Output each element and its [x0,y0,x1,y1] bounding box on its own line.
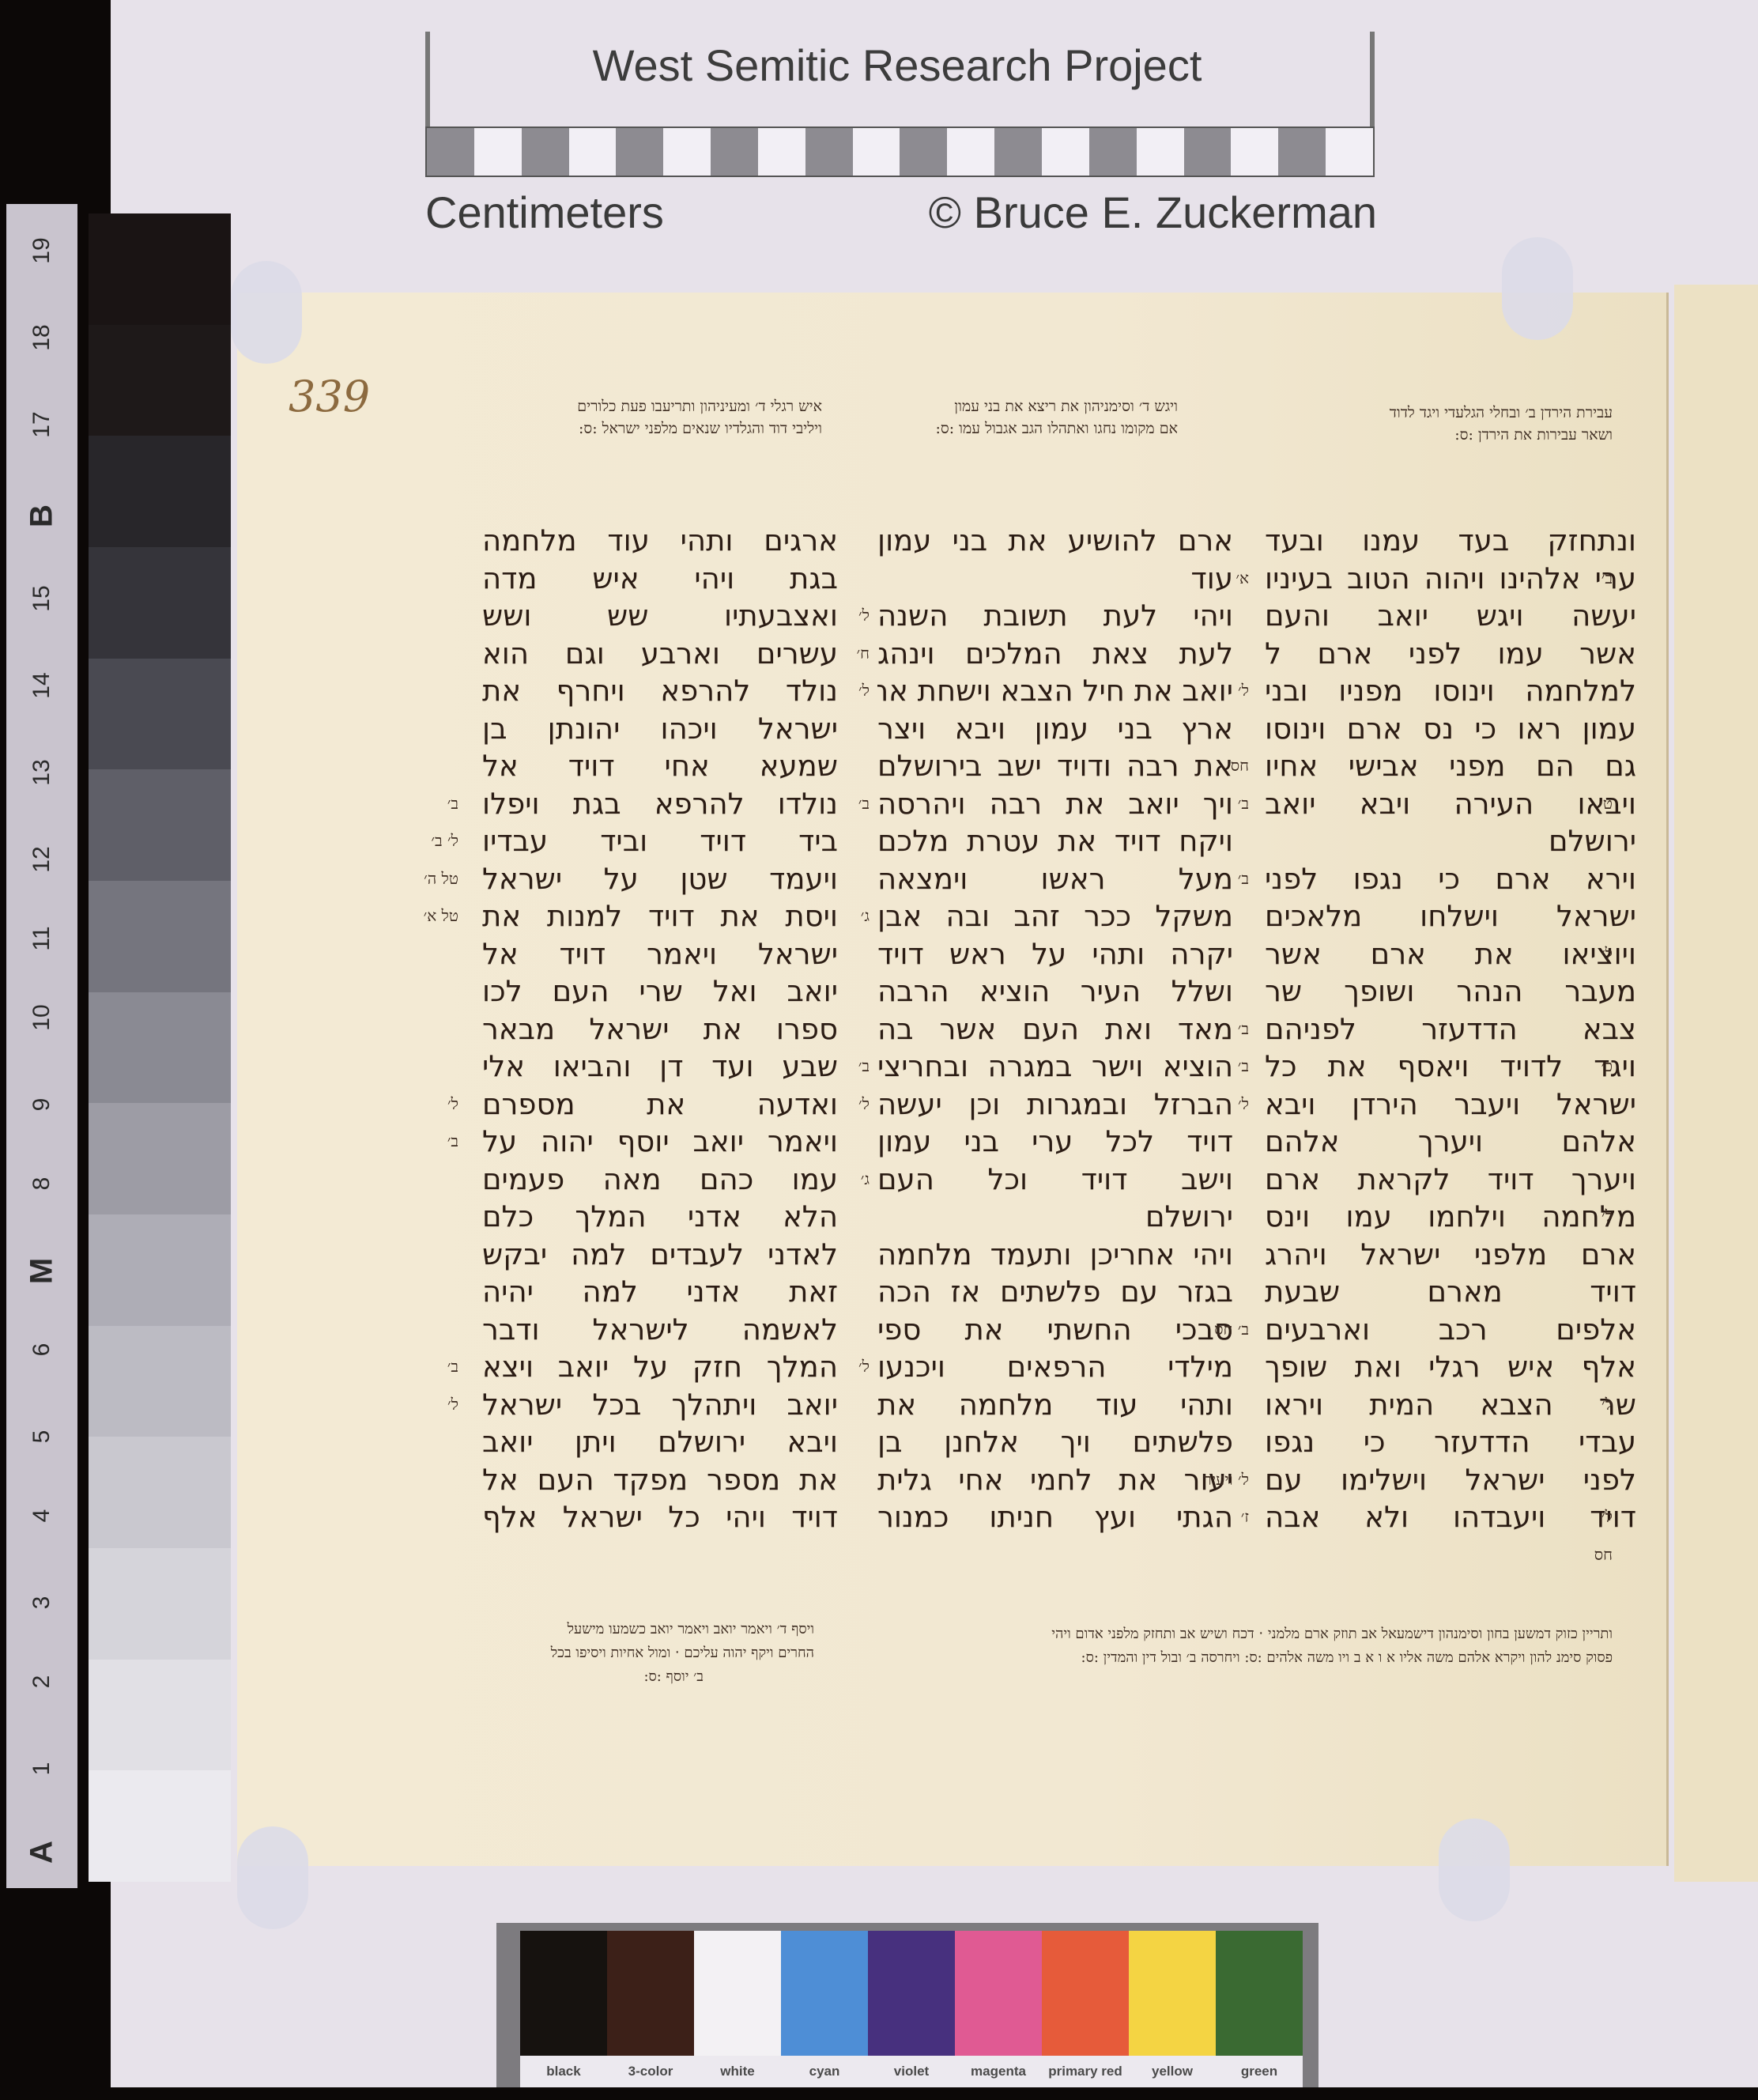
scale-segment [1278,128,1326,176]
masora-parva-note [1194,522,1249,560]
masora-parva-note: ב׳ [806,785,870,823]
masora-parva-note: ל׳ [1194,672,1249,710]
ruler-tick-label: 9 [28,1069,55,1140]
masora-parva-note [806,1498,870,1536]
masorah-line: אם מקומו נחגו ואתהלו הגב אגבול עמו :ס: [877,417,1178,440]
masorah-bottom-right: ותריין כזוק דמשען בחון וסימנהון דישמעאל … [854,1622,1613,1670]
text-line: עוד [877,560,1233,598]
masora-parva-note [1581,710,1613,748]
gray-step [89,1548,231,1660]
masora-parva-note [806,822,870,860]
masora-parva-note [1194,897,1249,935]
gray-step [89,1770,231,1882]
scale-segment [1089,128,1137,176]
masora-parva-note [364,1198,458,1236]
text-line: משקל ככר זהב ובה אבן [877,897,1233,935]
masora-parva-note [806,935,870,973]
masora-parva-note [1581,1010,1613,1048]
color-swatch-label: 3-color [607,2056,694,2087]
text-line: את מספר מפקד העם אל [482,1461,838,1499]
masora-parva-note [364,710,458,748]
masora-parva-note [806,710,870,748]
scale-segment [947,128,994,176]
masora-parva-note [806,1236,870,1274]
gray-step [89,1103,231,1214]
masora-parva-note: ח׳ [806,635,870,673]
ruler-tick-label: 4 [28,1480,55,1551]
ruler-tick-label: 8 [28,1148,55,1219]
masora-parva-note: ט׳ [1581,785,1613,823]
masora-parva-note: ג׳ [806,1161,870,1199]
masora-parva-note [364,560,458,598]
masorah-line: איש רגלי ד׳ ומעיניהון ותריעבו פעת כלורים [474,395,822,417]
text-line: נולדו להרפא בגת ויפלו [482,785,838,823]
ruler-tick-label: 12 [28,824,55,895]
masorah-top-middle: ויגש ד׳ וסימניהון את ריצא את בני עמון אם… [877,395,1178,440]
text-line: לאשמה לישראל ודבר [482,1311,838,1349]
ruler-tick-label: 10 [28,982,55,1053]
ruler-tick-label: 19 [28,215,55,286]
masora-parva-note: ל׳ [1194,1086,1249,1124]
masora-parva-note [364,1273,458,1311]
masora-parva-note: ל׳ [806,672,870,710]
masora-parva-note: ב׳ [364,1123,458,1161]
masora-parva-note [364,635,458,673]
masorah-line: ויסף ד׳ ויאמר יואב ויאמר יואב כשמעו מישע… [474,1618,814,1641]
masora-parva-note [806,1010,870,1048]
masora-parva-note [1194,710,1249,748]
masora-parva-note: ל׳ [1581,1386,1613,1424]
ruler-tick-label: 6 [28,1314,55,1385]
masora-parva-note: ל׳ ב׳ [364,822,458,860]
masora-parva-note [806,1123,870,1161]
masora-parva-note [1581,822,1613,860]
text-line: יואב ואל שרי העם לכו [482,973,838,1010]
ruler-tick-label: 1 [28,1733,55,1804]
masora-parva-note [364,1311,458,1349]
text-column-middle: ארם להושיע את בני עמוןעודויהי לעת תשובת … [877,522,1233,1536]
masora-parva-note [806,1386,870,1424]
scale-segment [427,128,474,176]
masora-parva-note [1581,1236,1613,1274]
masora-parva-note: ב׳ חס [1194,1311,1249,1349]
color-swatch [781,1931,868,2057]
masora-parva-note: ל׳ [364,1386,458,1424]
masora-parva-note [1194,1123,1249,1161]
masora-parva-note [1581,1273,1613,1311]
masora-parva-note [1581,522,1613,560]
masora-parva-note [1581,597,1613,635]
masora-parva-note [1194,1348,1249,1386]
masora-parva-note [1194,1273,1249,1311]
scale-unit-label: Centimeters [425,187,664,238]
masora-parva-note [806,560,870,598]
color-swatch [1216,1931,1303,2057]
color-swatch-labels: black3-colorwhitecyanvioletmagentaprimar… [520,2056,1303,2087]
gray-step [89,769,231,881]
grayscale-step-wedge [89,213,231,1882]
text-line: ישראל ויאמר דויד אל [482,935,838,973]
text-line: ושלל העיר הוציא הרבה [877,973,1233,1010]
masora-parva-note: א׳ [1194,560,1249,598]
text-line: בגזר עם פלשתים אז הכה [877,1273,1233,1311]
text-line: ותהי עוד מלחמה את [877,1386,1233,1424]
color-swatch [607,1931,694,2057]
text-line: סבכי החשתי את ספי [877,1311,1233,1349]
scale-title: West Semitic Research Project [411,40,1383,91]
gray-step [89,992,231,1104]
masora-parva-note [1194,597,1249,635]
masora-parva-note [1581,897,1613,935]
mounting-clip [1502,237,1573,340]
ruler-tick-label: 15 [28,563,55,634]
black-frame-bottom [0,2087,1758,2100]
masora-parva-note: חס [1194,747,1249,785]
scale-segment [900,128,947,176]
text-line: ויאמר יואב יוסף יהוה על [482,1123,838,1161]
folio-number: 339 [289,372,370,421]
mounting-clip [237,1826,308,1929]
ruler-tick-label: 14 [28,650,55,721]
text-line: המלך חזק על יואב ויצא [482,1348,838,1386]
text-line: מילדי הרפאים ויכנעו [877,1348,1233,1386]
scale-segment [474,128,522,176]
text-line: נולד להרפא ויחרף את [482,672,838,710]
masora-parva-note [1581,1123,1613,1161]
text-line: ספרו את ישראל מבאר [482,1010,838,1048]
masora-parva-note [364,597,458,635]
scale-segment [663,128,711,176]
masora-parva-note [806,747,870,785]
scale-segment [758,128,805,176]
text-line: ויך יואב את רבה ויהרסה [877,785,1233,823]
color-swatch [1129,1931,1216,2057]
text-line: ואדעה את מספרם [482,1086,838,1124]
gray-step [89,1214,231,1326]
adjacent-leaf-edge [1674,285,1758,1882]
text-line: מאד ואת העם אשר בה [877,1010,1233,1048]
text-line: שמעא אחי דויד אל [482,747,838,785]
color-swatch [868,1931,955,2057]
masora-parva-note [1581,1423,1613,1461]
masora-parva-note [1194,1423,1249,1461]
ruler-tick-label: 13 [28,737,55,808]
masora-parva-note [1194,635,1249,673]
masora-parva-note [806,973,870,1010]
text-line: ואצבעתיו שש ושש [482,597,838,635]
gray-step [89,325,231,436]
masora-parva-note [1581,1461,1613,1499]
gray-step [89,881,231,992]
masora-parva-note: ל׳ [1581,1198,1613,1236]
text-line: דויד לכל ערי בני עמון [877,1123,1233,1161]
masora-parva-note [1581,1311,1613,1349]
text-line: יואב ויתהלך בכל ישראל [482,1386,838,1424]
ruler-tick-label: 11 [28,903,55,974]
masora-parva-note [1581,860,1613,898]
scale-segment [569,128,617,176]
masora-parva-note: ל׳ חס [1581,1498,1613,1536]
text-line: ארם להושיע את בני עמון [877,522,1233,560]
masora-parva-note [1194,822,1249,860]
masora-parva-note: ל׳ [806,597,870,635]
color-swatch-label: black [520,2056,607,2087]
text-line: מעל ראשו וימצאה [877,860,1233,898]
color-swatch-label: magenta [955,2056,1042,2087]
masora-parva-note [806,1461,870,1499]
scale-segment [1326,128,1373,176]
ruler-tick-label: 2 [28,1646,55,1717]
margin-notes-right: ב׳ט׳ל׳כ׳ל׳ל׳ל׳ חס [1581,522,1613,1536]
text-line: פלשתים ויך אלחנן בן [877,1423,1233,1461]
scale-segment [805,128,853,176]
text-line: ארץ בני עמון ויבא ויצר [877,710,1233,748]
scale-segment [1184,128,1232,176]
color-swatch [955,1931,1042,2057]
text-line: את רבה ודויד ישב בירושלם [877,747,1233,785]
text-line: יעור את לחמי אחי גלית [877,1461,1233,1499]
scale-segment [1042,128,1089,176]
text-line: ישראל ויכהו יהונתן בן [482,710,838,748]
masora-parva-note [364,1498,458,1536]
vertical-ruler: 191817B15141312111098M654321A [6,204,77,1888]
text-line: ויסת את דויד למנות את [482,897,838,935]
masora-parva-note [806,1273,870,1311]
text-line: ויקח דויד את עטרת מלכם [877,822,1233,860]
text-line: ויעמד שטן על ישראל [482,860,838,898]
masora-parva-note [364,1236,458,1274]
masora-parva-note [364,1048,458,1086]
masora-parva-note: ב׳ [1194,1048,1249,1086]
masora-parva-note [1581,635,1613,673]
masora-parva-note [806,1423,870,1461]
masora-parva-note: ג׳ [806,897,870,935]
scale-segment [616,128,663,176]
scale-segment [1231,128,1278,176]
color-swatch-label: cyan [781,2056,868,2087]
masorah-line: ויליבי דוד והגלדיו שנאים מלפני ישראל :ס: [474,417,822,440]
masora-parva-note [1194,973,1249,1010]
masorah-top-left: איש רגלי ד׳ ומעיניהון ותריעבו פעת כלורים… [474,395,822,440]
masora-parva-note [1194,1161,1249,1199]
mounting-clip [1439,1819,1510,1921]
masora-parva-note [806,860,870,898]
masora-parva-note: ל׳ ויעיר [1194,1461,1249,1499]
masora-parva-note [806,1198,870,1236]
margin-notes-left: ל׳ח׳ל׳ב׳ג׳ב׳ל׳ג׳ל׳ [806,522,870,1536]
text-line: בגת ויהי איש מדה [482,560,838,598]
gray-step [89,1660,231,1771]
masora-parva-note [806,522,870,560]
masora-parva-note [364,747,458,785]
masorah-line: ב׳ יוסף :ס: [474,1665,814,1689]
masora-parva-note [364,1423,458,1461]
masora-parva-note: ל׳ [806,1348,870,1386]
gray-step [89,659,231,770]
copyright-label: © Bruce E. Zuckerman [929,187,1377,238]
text-line: ירושלם [877,1198,1233,1236]
text-line: עשרים וארבע וגם הוא [482,635,838,673]
text-line: ויהי אחריכן ותעמד מלחמה [877,1236,1233,1274]
text-line: שבע ועד דן והביאו אלי [482,1048,838,1086]
masora-parva-note: ב׳ [364,785,458,823]
masora-parva-note: ל׳ [1581,935,1613,973]
masorah-line: ויגש ד׳ וסימניהון את ריצא את בני עמון [877,395,1178,417]
text-column-left: ארגים ותהי עוד מלחמהבגת ויהי איש מדהואצב… [482,522,838,1536]
masorah-top-right: עבירת הירדן ב׳ ובחלי הגלעדי ויגד לדוד וש… [1265,402,1613,446]
text-line: הלא אדני המלך כלם [482,1198,838,1236]
color-swatch-label: primary red [1042,2056,1129,2087]
color-swatch-label: white [694,2056,781,2087]
text-line: הברזל ובמגרות וכן יעשה [877,1086,1233,1124]
masora-parva-note: ז׳ [1194,1498,1249,1536]
masora-parva-note [1581,672,1613,710]
masora-parva-note [1581,747,1613,785]
color-swatch [1042,1931,1129,2057]
margin-notes-middle: א׳ל׳חסב׳ב׳ב׳ב׳ל׳ב׳ חסל׳ ויעירז׳ [1194,522,1249,1536]
text-line: ארגים ותהי עוד מלחמה [482,522,838,560]
scale-segment [522,128,569,176]
masora-parva-note [1194,1198,1249,1236]
masora-parva-note [364,1161,458,1199]
masora-parva-note: ב׳ [806,1048,870,1086]
masora-parva-note: ב׳ [1194,785,1249,823]
text-line: ויהי לעת תשובת השנה [877,597,1233,635]
text-line: ויבא ירושלם ויתן יואב [482,1423,838,1461]
gray-step [89,1437,231,1548]
text-line: עמו כהם מאה פעמים [482,1161,838,1199]
masora-parva-note [1581,973,1613,1010]
gray-step [89,547,231,659]
ruler-tick-label: 3 [28,1567,55,1638]
masora-parva-note [1581,1161,1613,1199]
ruler-tick-label: B [25,481,60,552]
color-swatch-label: yellow [1129,2056,1216,2087]
masora-parva-note [1581,1348,1613,1386]
masora-parva-note: ל׳ [364,1086,458,1124]
color-swatch-label: violet [868,2056,955,2087]
text-line: וישב דויד וכל העם [877,1161,1233,1199]
masora-parva-note: טל א׳ [364,897,458,935]
masora-parva-note [364,672,458,710]
masorah-line: החרים ויקף יהוה עליכם ‧ ומול אחיות ויסיפ… [474,1641,814,1665]
masora-parva-note: ב׳ [1581,560,1613,598]
text-line: יקרה ותהי על ראש דויד [877,935,1233,973]
text-line: יואב את חיל הצבא וישחת את [877,672,1233,710]
text-line: הוציא וישר במגרה ובחריצי [877,1048,1233,1086]
masora-parva-note [1581,1086,1613,1124]
scale-segment [853,128,900,176]
scale-segment [1137,128,1184,176]
text-line: ביד דויד וביד עבדיו [482,822,838,860]
color-swatch-label: green [1216,2056,1303,2087]
mounting-clip [231,261,302,364]
gray-step [89,1326,231,1437]
masora-parva-note [1194,935,1249,973]
masora-parva-note [364,1010,458,1048]
masora-parva-note: טל ה׳ [364,860,458,898]
scale-card: West Semitic Research Project Centimeter… [411,22,1383,251]
ruler-tick-label: 5 [28,1401,55,1472]
masora-parva-note [1194,1236,1249,1274]
masora-parva-note: ב׳ [1194,1010,1249,1048]
masorah-line: ושאר עבירות את הירדן :ס: [1265,424,1613,446]
ruler-tick-label: 17 [28,389,55,460]
masora-parva-note [364,935,458,973]
masora-parva-note: ב׳ [364,1348,458,1386]
masorah-line: פסוק סימנ להון ויקרא אלהם משה אליו א ו א… [854,1646,1613,1670]
masora-parva-note [364,973,458,1010]
color-swatches [520,1931,1303,2057]
color-swatch [694,1931,781,2057]
text-line: לאדני לעבדים למה יבקש [482,1236,838,1274]
gray-step [89,213,231,325]
ruler-tick-label: A [25,1817,60,1888]
scale-segment [711,128,758,176]
ruler-tick-label: M [25,1236,60,1307]
color-swatch [520,1931,607,2057]
masora-parva-note: ב׳ [1194,860,1249,898]
masora-parva-note [1194,1386,1249,1424]
masora-parva-note: כ׳ [1581,1048,1613,1086]
masorah-line: ותריין כזוק דמשען בחון וסימנהון דישמעאל … [854,1622,1613,1646]
masora-parva-note: ל׳ [806,1086,870,1124]
color-calibration-chart: black3-colorwhitecyanvioletmagentaprimar… [496,1923,1318,2087]
text-line: הגתי ועץ חניתו כמנור [877,1498,1233,1536]
scale-segment [994,128,1042,176]
masora-parva-note [806,1311,870,1349]
ruler-tick-label: 18 [28,302,55,373]
text-line: לעת צאת המלכים וינהג [877,635,1233,673]
masora-parva-note [364,1461,458,1499]
masorah-line: עבירת הירדן ב׳ ובחלי הגלעדי ויגד לדוד [1265,402,1613,424]
masora-parva-note [364,522,458,560]
margin-notes-far-left: ב׳ל׳ ב׳טל ה׳טל א׳ל׳ב׳ב׳ל׳ [364,522,458,1536]
gray-step [89,436,231,547]
text-line: דויד ויהי כל ישראל אלף [482,1498,838,1536]
masorah-bottom-left: ויסף ד׳ ויאמר יואב ויאמר יואב כשמעו מישע… [474,1618,814,1689]
centimeter-scale-bar [425,127,1375,177]
text-line: זאת אדני למה יהיה [482,1273,838,1311]
